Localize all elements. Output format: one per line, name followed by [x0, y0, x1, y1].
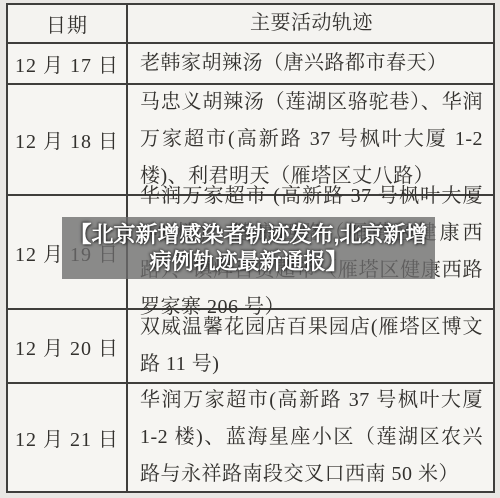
caption-line-2: 病例轨迹最新通报】	[149, 248, 347, 275]
track-cell: 双威温馨花园店百果园店(雁塔区博文路 11 号)	[128, 310, 493, 382]
track-cell: 老韩家胡辣汤（唐兴路都市春天）	[128, 44, 493, 83]
table-row: 12 月 21 日 华润万家超市(高新路 37 号枫叶大厦 1-2 楼)、蓝海星…	[8, 384, 493, 491]
header-cell-date: 日期	[8, 5, 128, 42]
table-row: 12 月 20 日 双威温馨花园店百果园店(雁塔区博文路 11 号)	[8, 310, 493, 384]
header-cell-track: 主要活动轨迹	[128, 5, 493, 42]
screenshot-root: 日期 主要活动轨迹 12 月 17 日 老韩家胡辣汤（唐兴路都市春天） 12 月…	[0, 0, 500, 498]
caption-line-1: 【北京新增感染者轨迹发布,北京新增	[69, 221, 427, 248]
date-cell: 12 月 17 日	[8, 44, 128, 83]
track-text: 华润万家超市(高新路 37 号枫叶大厦 1-2 楼)、蓝海星座小区（莲湖区农兴路…	[140, 382, 483, 493]
track-text: 老韩家胡辣汤（唐兴路都市春天）	[140, 45, 483, 82]
track-text: 双威温馨花园店百果园店(雁塔区博文路 11 号)	[140, 309, 483, 383]
date-cell: 12 月 21 日	[8, 384, 128, 491]
table-row: 12 月 17 日 老韩家胡辣汤（唐兴路都市春天）	[8, 44, 493, 85]
header-track-label: 主要活动轨迹	[140, 5, 483, 42]
date-cell: 12 月 20 日	[8, 310, 128, 382]
track-cell: 华润万家超市(高新路 37 号枫叶大厦 1-2 楼)、蓝海星座小区（莲湖区农兴路…	[128, 384, 493, 491]
date-cell: 12 月 18 日	[8, 85, 128, 194]
caption-banner: 【北京新增感染者轨迹发布,北京新增 病例轨迹最新通报】	[62, 217, 435, 279]
table-header-row: 日期 主要活动轨迹	[8, 5, 493, 44]
